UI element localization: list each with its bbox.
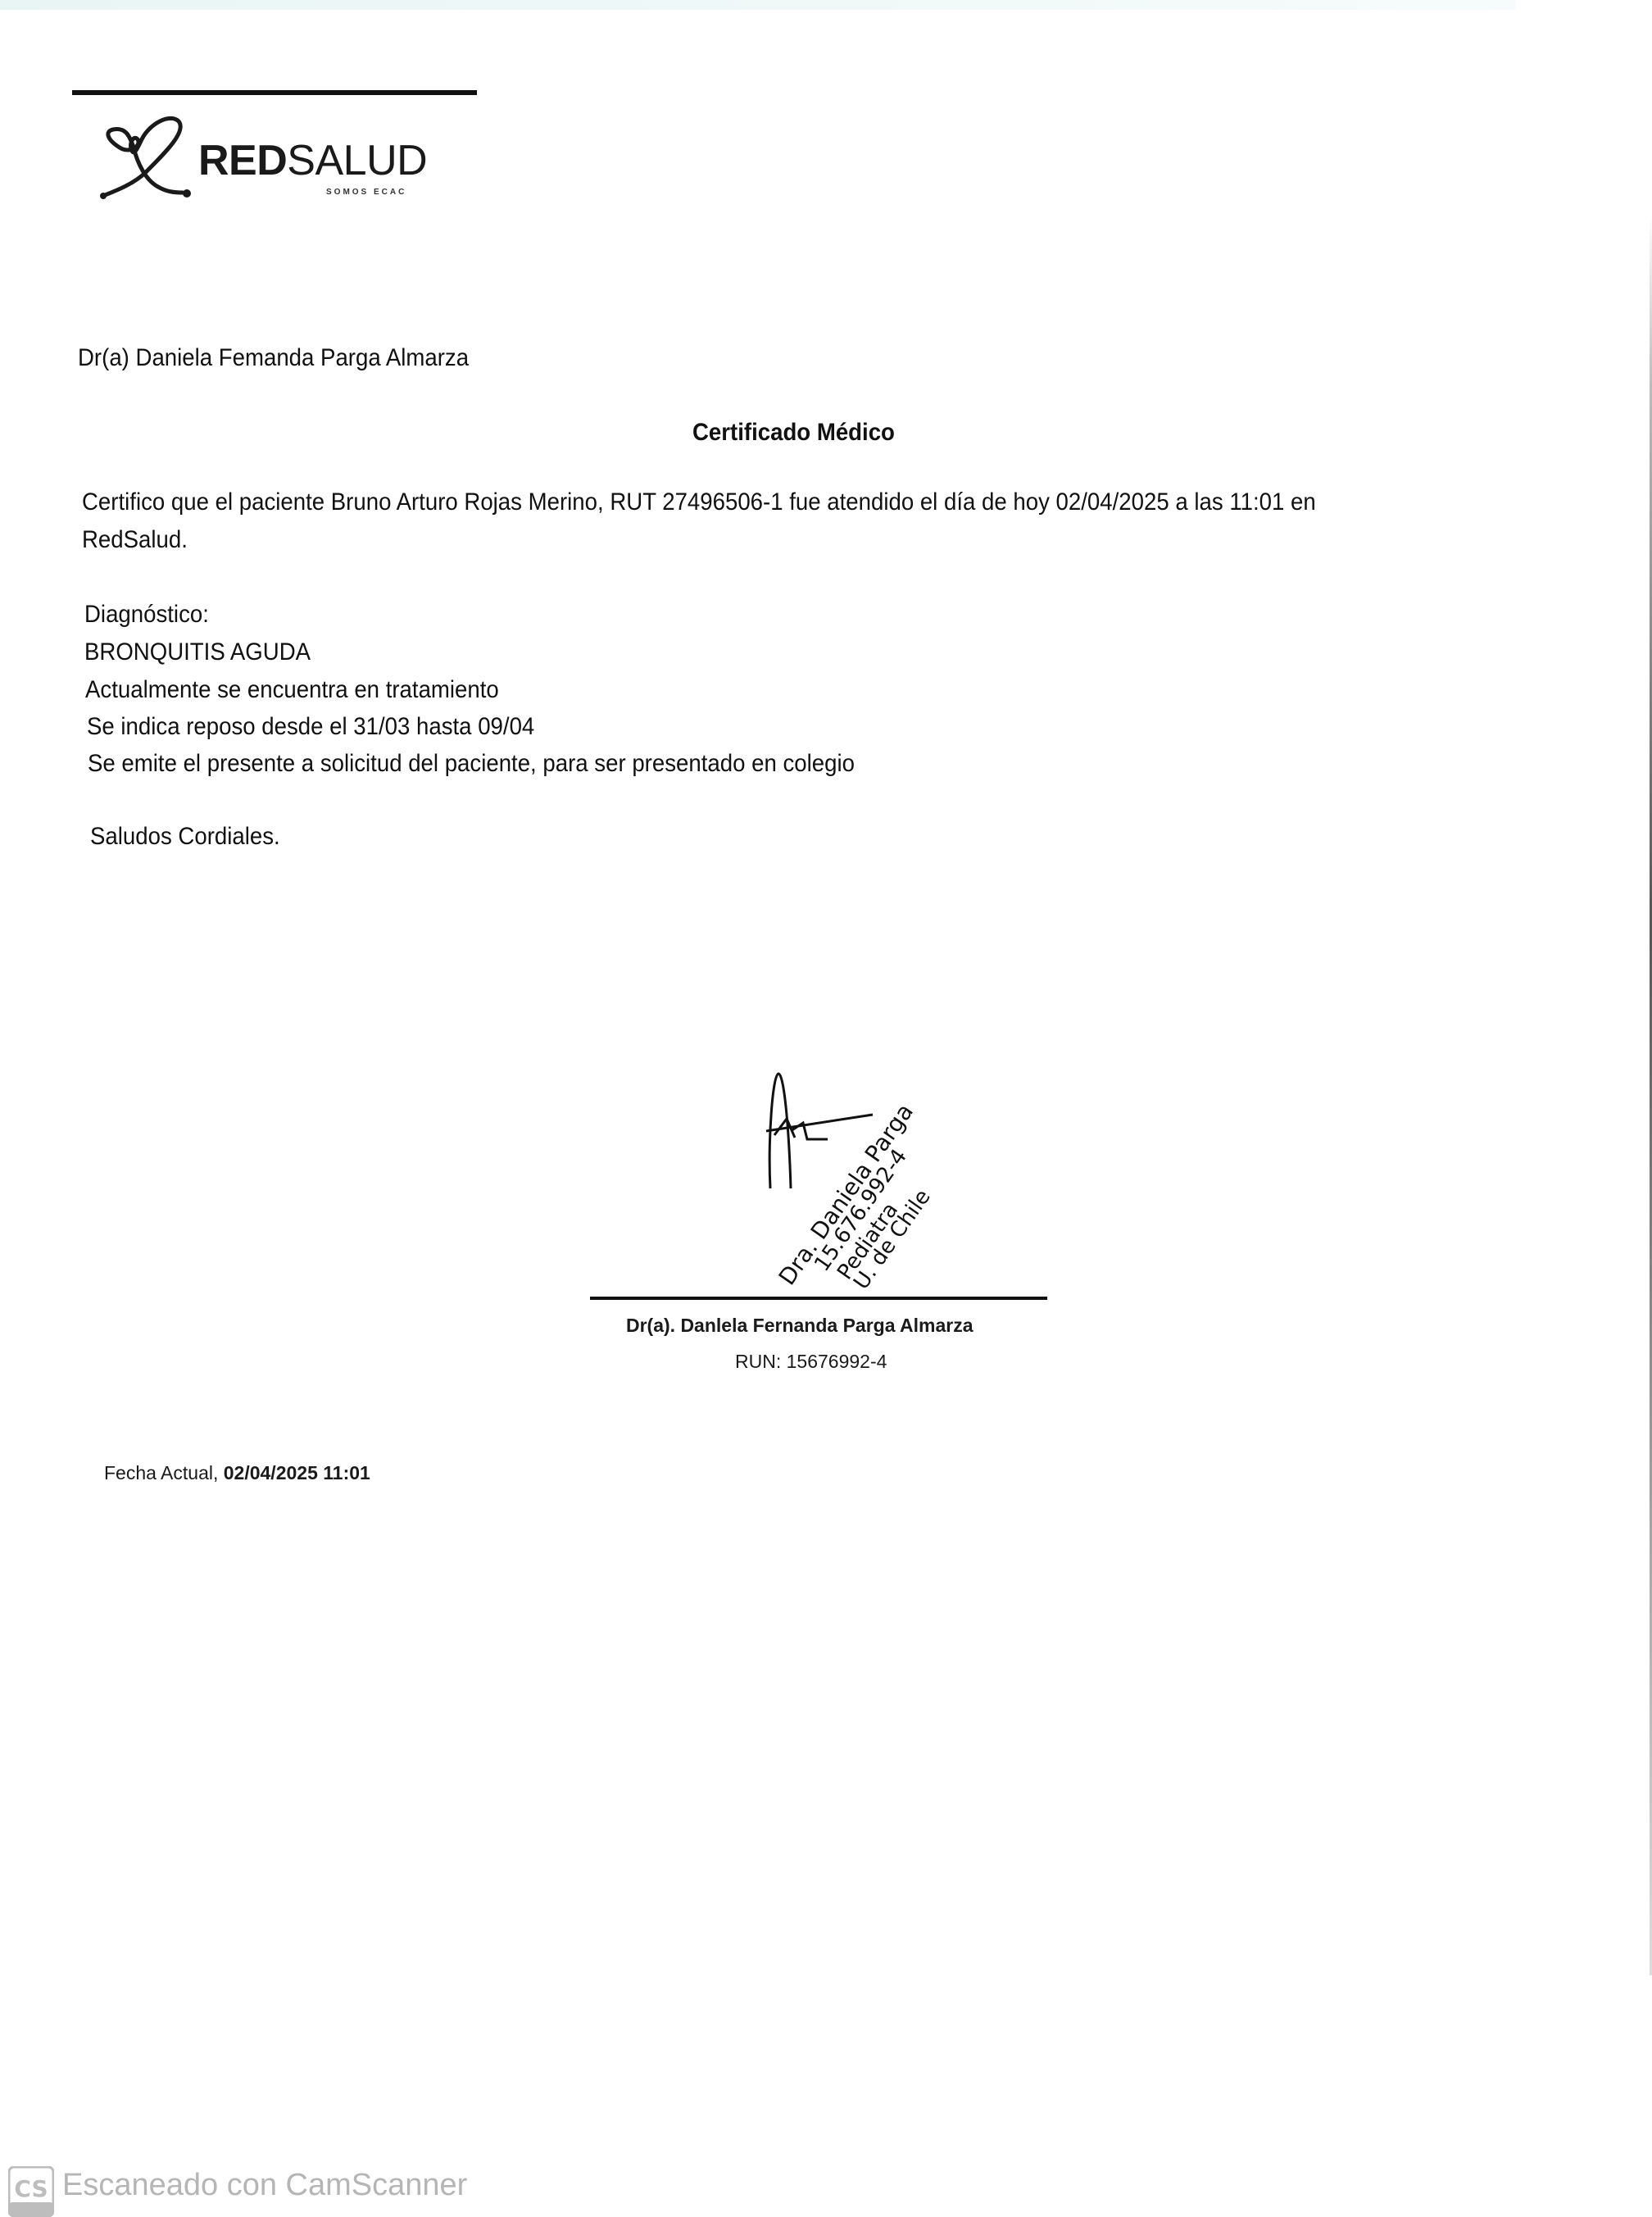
camscanner-watermark: Escaneado con CamScanner (62, 2168, 467, 2203)
scan-edge-artifact (0, 0, 1516, 10)
doctor-header: Dr(a) Daniela Femanda Parga Almarza (78, 346, 469, 370)
certification-text-line-2: RedSalud. (82, 528, 188, 552)
diagnosis-value: BRONQUITIS AGUDA (84, 640, 311, 665)
certification-text-line-1: Certifico que el paciente Bruno Arturo R… (82, 490, 1316, 515)
diagnosis-label: Diagnóstico: (84, 602, 209, 627)
brand-tagline: SOMOS ECAC (326, 188, 406, 197)
closing-greeting: Saludos Cordiales. (90, 825, 280, 849)
treatment-note: Actualmente se encuentra en tratamiento (85, 678, 499, 702)
svg-text:CS: CS (14, 2175, 48, 2202)
signature-line (590, 1297, 1047, 1300)
purpose-note: Se emite el presente a solicitud del pac… (88, 752, 855, 776)
current-date-value: 02/04/2025 11:01 (224, 1462, 370, 1483)
rest-period-note: Se indica reposo desde el 31/03 hasta 09… (87, 715, 534, 739)
signer-name: Dr(a). Danlela Fernanda Parga Almarza (626, 1315, 973, 1337)
document-title: Certificado Médico (692, 420, 895, 445)
camscanner-logo-icon: CS (8, 2166, 54, 2217)
brand-logo-text: REDSALUD (198, 139, 427, 182)
current-date: Fecha Actual, 02/04/2025 11:01 (104, 1462, 370, 1484)
heart-stethoscope-icon (97, 115, 195, 201)
signer-run: RUN: 15676992-4 (735, 1351, 887, 1373)
doctor-stamp: Dra. Daniela Parga 15.676.992-4 Pediatra… (766, 1053, 1004, 1299)
current-date-label: Fecha Actual, (104, 1462, 218, 1483)
header-rule (72, 90, 477, 95)
